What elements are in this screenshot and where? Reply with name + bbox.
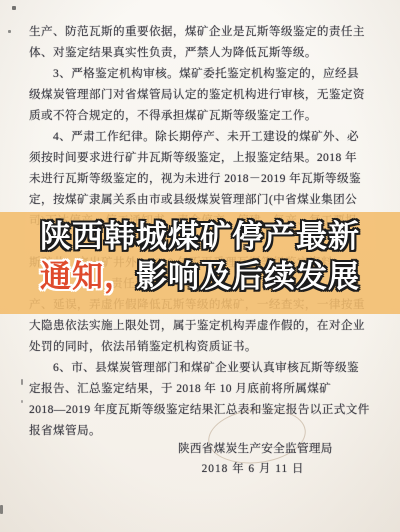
- body-line: 大隐患依法实施上限处罚，属于鉴定机构弄虚作假的，在对企业: [29, 315, 377, 336]
- body-line: 体、对鉴定结果真实性负责，严禁人为降低瓦斯等级。: [29, 42, 377, 63]
- headline-line2-rest: 影响及后续发展: [136, 259, 360, 294]
- body-line: 生产、防范瓦斯的重要依据，煤矿企业是瓦斯等级鉴定的责任主: [29, 21, 377, 42]
- body-line: 定报告、汇总鉴定结果，于 2018 年 10 月底前将所属煤矿: [29, 378, 377, 399]
- body-line: 3、严格鉴定机构审核。煤矿委托鉴定机构鉴定的，应经县: [29, 63, 377, 84]
- body-line: 未进行瓦斯等级鉴定的，视为未进行 2018－2019 年瓦斯等级鉴: [29, 168, 377, 189]
- body-line: 须按时间要求进行矿井瓦斯等级鉴定，上报鉴定结果。2018 年: [29, 147, 377, 168]
- body-line: 级煤炭管理部门对省煤管局认定的鉴定机构进行审核，无鉴定资: [29, 84, 377, 105]
- body-line: 质或不符合规定的，不得承担煤矿瓦斯等级鉴定工作。: [29, 105, 377, 126]
- headline-highlight: 通知，: [40, 259, 136, 294]
- headline-line1-text: 陕西韩城煤矿停产最新: [40, 219, 360, 254]
- photo-speck: [8, 30, 11, 33]
- body-line: 2018—2019 年度瓦斯等级鉴定结果汇总表和鉴定报告以正式文件: [29, 399, 377, 420]
- photo-speck: [0, 505, 3, 514]
- body-line: 4、严肃工作纪律。除长期停产、未开工建设的煤矿外、必: [29, 126, 377, 147]
- headline-line2: 通知，影响及后续发展: [0, 257, 400, 297]
- body-line: 报省煤管局。: [29, 420, 377, 441]
- body-line: 定，按煤矿隶属关系由市或县级煤炭管理部门(中省煤业集团公: [29, 189, 377, 210]
- document-photo: 生产、防范瓦斯的重要依据，煤矿企业是瓦斯等级鉴定的责任主 体、对鉴定结果真实性负…: [0, 0, 400, 532]
- body-line: 处罚的同时，依法吊销鉴定机构资质证书。: [29, 336, 377, 357]
- signature-block: 陕西省煤炭生产安全监管理局 2018 年 6 月 11 日: [178, 439, 328, 479]
- photo-speck: [12, 6, 16, 10]
- signature-date: 2018 年 6 月 11 日: [178, 459, 328, 479]
- photo-speck: [21, 379, 23, 385]
- body-line: 6、市、县煤炭管理部门和煤矿企业要认真审核瓦斯等级鉴: [29, 357, 377, 378]
- headline-text: 陕西韩城煤矿停产最新 通知，影响及后续发展: [0, 217, 400, 297]
- photo-speck: [21, 400, 23, 403]
- headline-line1: 陕西韩城煤矿停产最新: [0, 217, 400, 257]
- signature-org: 陕西省煤炭生产安全监管理局: [178, 439, 328, 459]
